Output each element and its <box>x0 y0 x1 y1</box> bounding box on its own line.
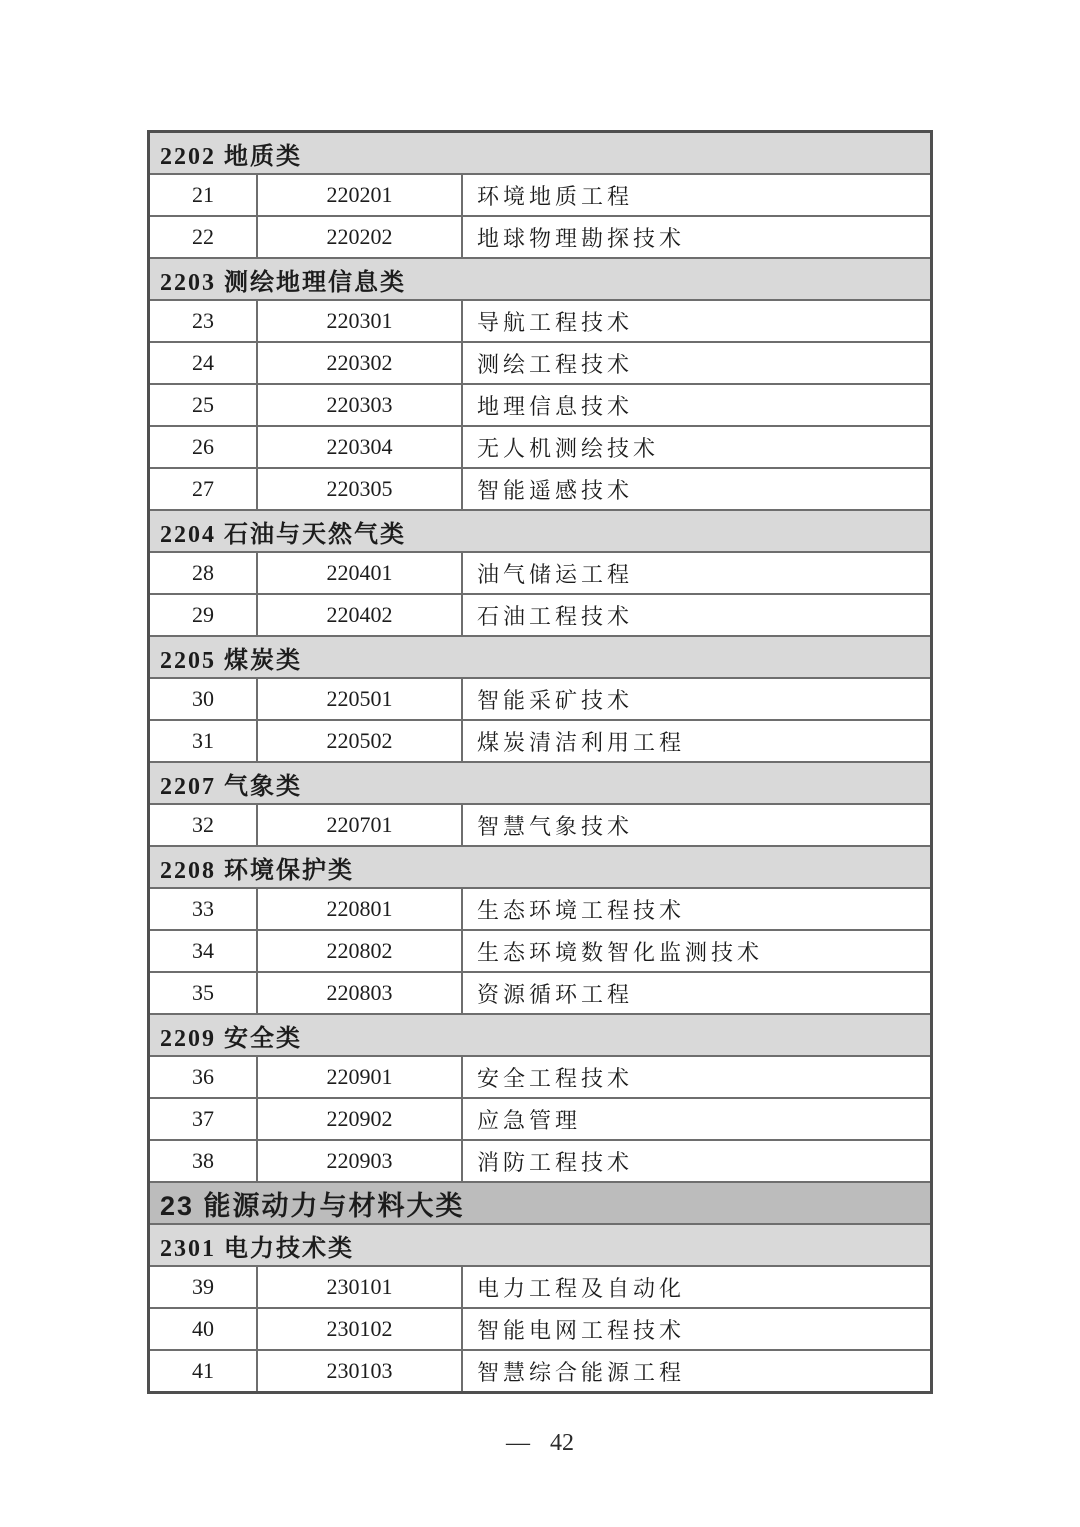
serial-cell: 37 <box>150 1099 258 1139</box>
table-row: 22220202地球物理勘探技术 <box>150 217 930 259</box>
code-cell: 220402 <box>258 595 463 635</box>
subcategory-header-row: 2202 地质类 <box>150 133 930 175</box>
subcategory-header-row: 2203 测绘地理信息类 <box>150 259 930 301</box>
code-cell: 220201 <box>258 175 463 215</box>
section-header-label: 2301 电力技术类 <box>160 1228 354 1263</box>
section-header-label: 2203 测绘地理信息类 <box>160 262 406 297</box>
name-cell: 环境地质工程 <box>463 175 930 215</box>
code-cell: 220902 <box>258 1099 463 1139</box>
subcategory-header-row: 2207 气象类 <box>150 763 930 805</box>
name-cell: 地理信息技术 <box>463 385 930 425</box>
code-cell: 220803 <box>258 973 463 1013</box>
name-cell: 消防工程技术 <box>463 1141 930 1181</box>
section-header-label: 2209 安全类 <box>160 1018 302 1053</box>
serial-cell: 22 <box>150 217 258 257</box>
name-cell: 电力工程及自动化 <box>463 1267 930 1307</box>
table-row: 24220302测绘工程技术 <box>150 343 930 385</box>
table-row: 41230103智慧综合能源工程 <box>150 1351 930 1391</box>
name-cell: 地球物理勘探技术 <box>463 217 930 257</box>
code-cell: 220304 <box>258 427 463 467</box>
code-cell: 220401 <box>258 553 463 593</box>
code-cell: 220301 <box>258 301 463 341</box>
name-cell: 智慧气象技术 <box>463 805 930 845</box>
serial-cell: 28 <box>150 553 258 593</box>
majors-table: 2202 地质类21220201环境地质工程22220202地球物理勘探技术22… <box>147 130 933 1394</box>
table-row: 36220901安全工程技术 <box>150 1057 930 1099</box>
code-cell: 230102 <box>258 1309 463 1349</box>
section-header-label: 2205 煤炭类 <box>160 640 302 675</box>
table-row: 26220304无人机测绘技术 <box>150 427 930 469</box>
name-cell: 石油工程技术 <box>463 595 930 635</box>
subcategory-header-row: 2301 电力技术类 <box>150 1225 930 1267</box>
code-cell: 220802 <box>258 931 463 971</box>
serial-cell: 39 <box>150 1267 258 1307</box>
table-row: 32220701智慧气象技术 <box>150 805 930 847</box>
serial-cell: 23 <box>150 301 258 341</box>
serial-cell: 34 <box>150 931 258 971</box>
code-cell: 230103 <box>258 1351 463 1391</box>
section-header-label: 2207 气象类 <box>160 766 302 801</box>
section-header-label: 23 能源动力与材料大类 <box>160 1184 465 1223</box>
name-cell: 智能遥感技术 <box>463 469 930 509</box>
name-cell: 生态环境工程技术 <box>463 889 930 929</box>
name-cell: 油气储运工程 <box>463 553 930 593</box>
name-cell: 资源循环工程 <box>463 973 930 1013</box>
table-row: 33220801生态环境工程技术 <box>150 889 930 931</box>
serial-cell: 31 <box>150 721 258 761</box>
section-header-label: 2202 地质类 <box>160 136 302 171</box>
table-row: 23220301导航工程技术 <box>150 301 930 343</box>
name-cell: 智慧综合能源工程 <box>463 1351 930 1391</box>
serial-cell: 30 <box>150 679 258 719</box>
table-row: 29220402石油工程技术 <box>150 595 930 637</box>
subcategory-header-row: 2204 石油与天然气类 <box>150 511 930 553</box>
table-row: 25220303地理信息技术 <box>150 385 930 427</box>
code-cell: 220901 <box>258 1057 463 1097</box>
table-row: 35220803资源循环工程 <box>150 973 930 1015</box>
table-row: 37220902应急管理 <box>150 1099 930 1141</box>
code-cell: 230101 <box>258 1267 463 1307</box>
serial-cell: 38 <box>150 1141 258 1181</box>
name-cell: 煤炭清洁利用工程 <box>463 721 930 761</box>
code-cell: 220303 <box>258 385 463 425</box>
serial-cell: 27 <box>150 469 258 509</box>
serial-cell: 29 <box>150 595 258 635</box>
subcategory-header-row: 2205 煤炭类 <box>150 637 930 679</box>
serial-cell: 41 <box>150 1351 258 1391</box>
serial-cell: 24 <box>150 343 258 383</box>
code-cell: 220501 <box>258 679 463 719</box>
name-cell: 智能采矿技术 <box>463 679 930 719</box>
section-header-label: 2208 环境保护类 <box>160 850 354 885</box>
name-cell: 生态环境数智化监测技术 <box>463 931 930 971</box>
code-cell: 220903 <box>258 1141 463 1181</box>
table-row: 21220201环境地质工程 <box>150 175 930 217</box>
category-header-row: 23 能源动力与材料大类 <box>150 1183 930 1225</box>
table-row: 31220502煤炭清洁利用工程 <box>150 721 930 763</box>
serial-cell: 36 <box>150 1057 258 1097</box>
table-row: 39230101电力工程及自动化 <box>150 1267 930 1309</box>
subcategory-header-row: 2208 环境保护类 <box>150 847 930 889</box>
code-cell: 220701 <box>258 805 463 845</box>
name-cell: 导航工程技术 <box>463 301 930 341</box>
page-number: — 42 <box>506 1430 574 1456</box>
subcategory-header-row: 2209 安全类 <box>150 1015 930 1057</box>
section-header-label: 2204 石油与天然气类 <box>160 514 406 549</box>
name-cell: 应急管理 <box>463 1099 930 1139</box>
serial-cell: 35 <box>150 973 258 1013</box>
name-cell: 无人机测绘技术 <box>463 427 930 467</box>
table-row: 40230102智能电网工程技术 <box>150 1309 930 1351</box>
serial-cell: 26 <box>150 427 258 467</box>
serial-cell: 32 <box>150 805 258 845</box>
serial-cell: 33 <box>150 889 258 929</box>
name-cell: 测绘工程技术 <box>463 343 930 383</box>
serial-cell: 25 <box>150 385 258 425</box>
document-page: 2202 地质类21220201环境地质工程22220202地球物理勘探技术22… <box>0 0 1080 1527</box>
name-cell: 智能电网工程技术 <box>463 1309 930 1349</box>
table-row: 34220802生态环境数智化监测技术 <box>150 931 930 973</box>
code-cell: 220202 <box>258 217 463 257</box>
serial-cell: 21 <box>150 175 258 215</box>
code-cell: 220502 <box>258 721 463 761</box>
table-row: 28220401油气储运工程 <box>150 553 930 595</box>
page-footer: — 42 <box>0 1430 1080 1457</box>
table-row: 38220903消防工程技术 <box>150 1141 930 1183</box>
table-row: 27220305智能遥感技术 <box>150 469 930 511</box>
serial-cell: 40 <box>150 1309 258 1349</box>
code-cell: 220801 <box>258 889 463 929</box>
code-cell: 220305 <box>258 469 463 509</box>
table-row: 30220501智能采矿技术 <box>150 679 930 721</box>
name-cell: 安全工程技术 <box>463 1057 930 1097</box>
code-cell: 220302 <box>258 343 463 383</box>
